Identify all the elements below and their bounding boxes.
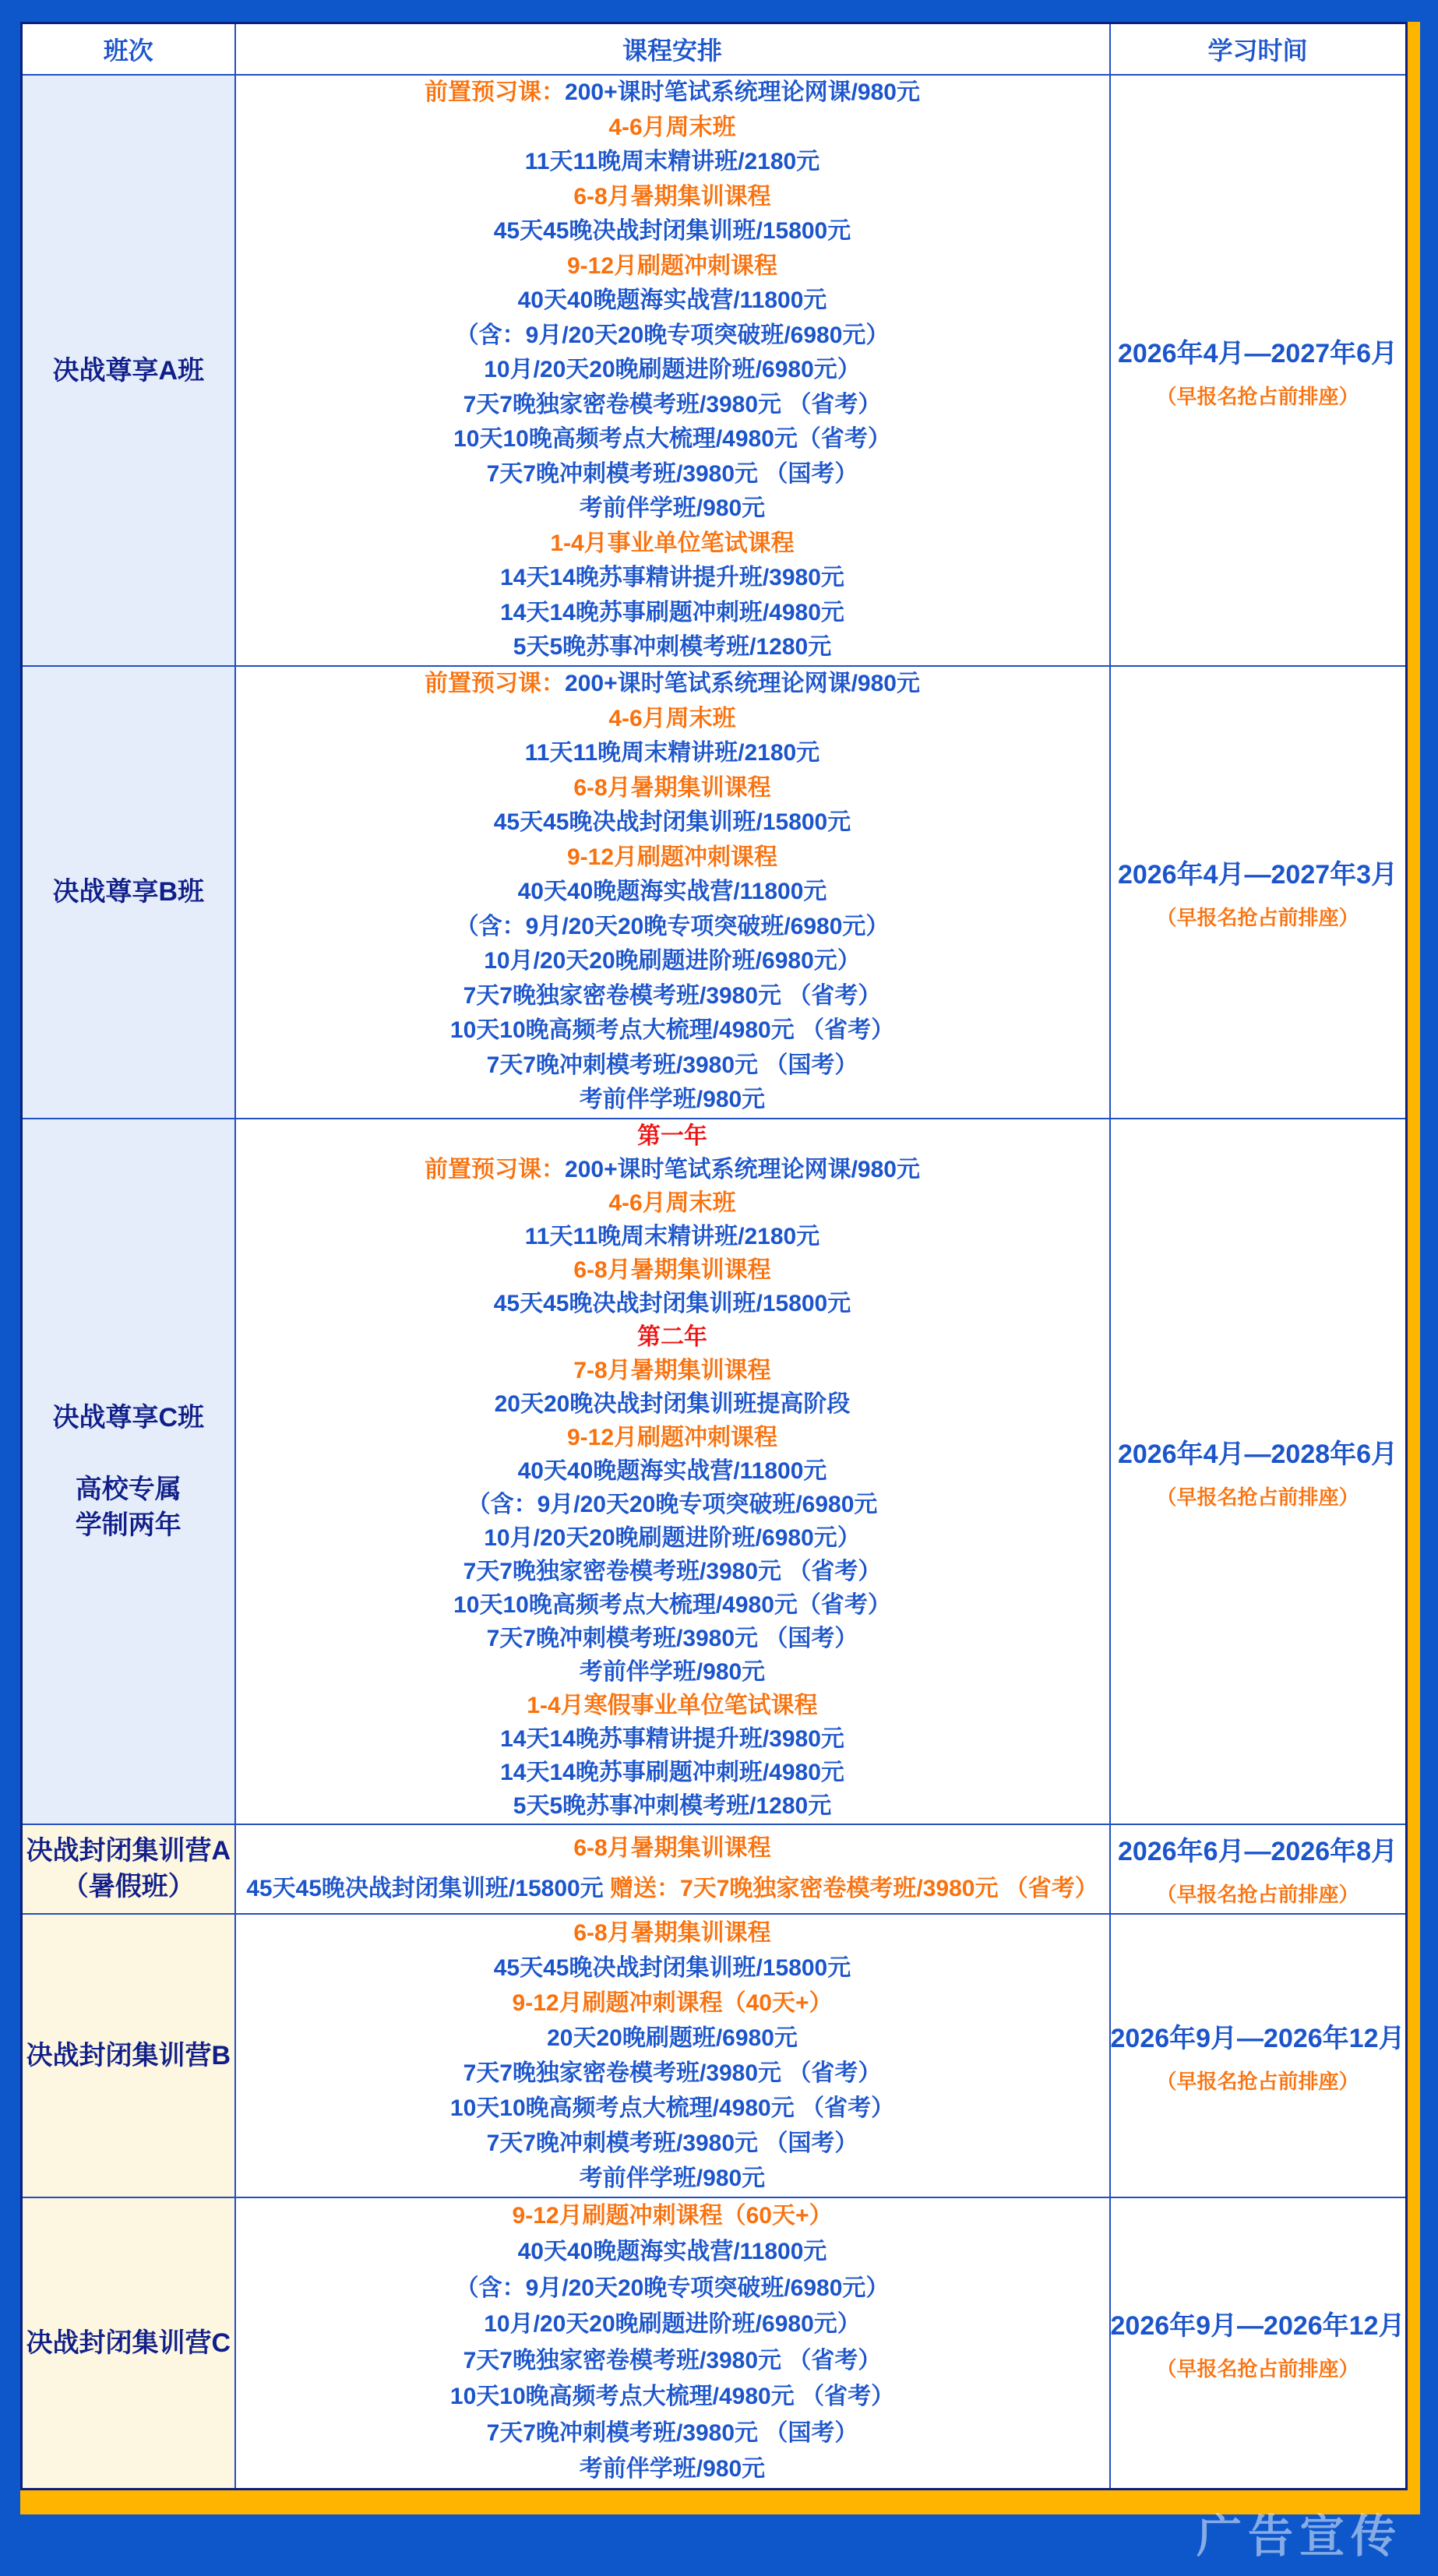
course-line: 1-4月寒假事业单位笔试课程 [236,1689,1109,1722]
course-line: 7天7晚独家密卷模考班/3980元 （省考） [236,2343,1109,2380]
course-line: 11天11晚周末精讲班/2180元 [236,145,1109,180]
course-line: 前置预习课：200+课时笔试系统理论网课/980元 [236,1153,1109,1186]
header-courses: 课程安排 [235,23,1110,76]
time-cell: 2026年9月—2026年12月（早报名抢占前排座） [1110,2197,1407,2490]
course-line: 4-6月周末班 [236,1186,1109,1220]
course-line: 6-8月暑期集训课程 [236,1915,1109,1951]
course-line: 10天10晚高频考点大梳理/4980元（省考） [236,422,1109,457]
class-cell: 决战尊享B班 [22,666,235,1119]
class-label: 决战封闭集训营C [23,2325,234,2361]
course-schedule-table: 班次 课程安排 学习时间 决战尊享A班前置预习课：200+课时笔试系统理论网课/… [20,22,1408,2490]
table-row: 决战封闭集训营B6-8月暑期集训课程45天45晚决战封闭集训班/15800元9-… [22,1914,1407,2197]
course-line: 10天10晚高频考点大梳理/4980元（省考） [236,1588,1109,1622]
course-line: 6-8月暑期集训课程 [236,771,1109,806]
study-time: 2026年4月—2027年3月 [1118,853,1397,891]
table-row: 决战尊享B班前置预习课：200+课时笔试系统理论网课/980元4-6月周末班11… [22,666,1407,1119]
course-line: 45天45晚决战封闭集训班/15800元 [236,1287,1109,1320]
course-line: 考前伴学班/980元 [236,1655,1109,1689]
course-line: 7天7晚冲刺模考班/3980元 （国考） [236,457,1109,492]
class-label: 决战封闭集训营A [23,1833,234,1869]
study-time: 2026年4月—2027年6月 [1118,332,1397,370]
course-line: 4-6月周末班 [236,111,1109,146]
course-line: 9-12月刷题冲刺课程 [236,249,1109,284]
course-line: 第一年 [236,1119,1109,1153]
course-line: 40天40晚题海实战营/11800元 [236,875,1109,910]
course-line: 10天10晚高频考点大梳理/4980元 （省考） [236,2379,1109,2416]
class-label: 学制两年 [23,1507,234,1543]
course-line: 7天7晚冲刺模考班/3980元 （国考） [236,2126,1109,2161]
course-line: 考前伴学班/980元 [236,2451,1109,2488]
course-line: 10月/20天20晚刷题进阶班/6980元） [236,944,1109,979]
header-row: 班次 课程安排 学习时间 [22,23,1407,76]
course-line: 考前伴学班/980元 [236,492,1109,527]
course-line: 14天14晚苏事精讲提升班/3980元 [236,1722,1109,1756]
course-line: 10天10晚高频考点大梳理/4980元 （省考） [236,1013,1109,1048]
course-line: 9-12月刷题冲刺课程（40天+） [236,1986,1109,2021]
class-label: （暑假班） [23,1869,234,1905]
table-row: 决战尊享A班前置预习课：200+课时笔试系统理论网课/980元4-6月周末班11… [22,75,1407,666]
course-line: 7天7晚独家密卷模考班/3980元 （省考） [236,1555,1109,1588]
courses-cell: 6-8月暑期集训课程45天45晚决战封闭集训班/15800元 赠送：7天7晚独家… [235,1824,1110,1914]
table-row: 决战尊享C班高校专属学制两年第一年前置预习课：200+课时笔试系统理论网课/98… [22,1119,1407,1824]
course-line: 20天20晚决战封闭集训班提高阶段 [236,1387,1109,1421]
time-cell: 2026年4月—2028年6月（早报名抢占前排座） [1110,1119,1407,1824]
early-signup-note: （早报名抢占前排座） [1157,1879,1359,1908]
course-line: 11天11晚周末精讲班/2180元 [236,736,1109,771]
course-line: 45天45晚决战封闭集训班/15800元 [236,1951,1109,1986]
early-signup-note: （早报名抢占前排座） [1157,2353,1359,2382]
study-time: 2026年6月—2026年8月 [1118,1830,1397,1868]
course-line: 考前伴学班/980元 [236,1083,1109,1118]
course-line: 40天40晚题海实战营/11800元 [236,2234,1109,2271]
class-cell: 决战尊享A班 [22,75,235,666]
time-cell: 2026年4月—2027年3月（早报名抢占前排座） [1110,666,1407,1119]
time-cell: 2026年4月—2027年6月（早报名抢占前排座） [1110,75,1407,666]
class-label: 决战封闭集训营B [23,2038,234,2074]
class-label: 高校专属 [23,1471,234,1507]
table-accent-frame: 班次 课程安排 学习时间 决战尊享A班前置预习课：200+课时笔试系统理论网课/… [20,22,1420,2514]
class-cell: 决战封闭集训营A（暑假班） [22,1824,235,1914]
course-line: 6-8月暑期集训课程 [236,1253,1109,1287]
course-line: 1-4月事业单位笔试课程 [236,527,1109,562]
course-line: 6-8月暑期集训课程 [236,180,1109,215]
course-line: 5天5晚苏事冲刺模考班/1280元 [236,630,1109,665]
study-time: 2026年9月—2026年12月 [1111,2304,1405,2342]
course-line: 14天14晚苏事精讲提升班/3980元 [236,561,1109,596]
courses-cell: 9-12月刷题冲刺课程（60天+）40天40晚题海实战营/11800元（含：9月… [235,2197,1110,2490]
course-line: 7-8月暑期集训课程 [236,1354,1109,1387]
time-cell: 2026年6月—2026年8月（早报名抢占前排座） [1110,1824,1407,1914]
course-line: 6-8月暑期集训课程 [236,1828,1109,1869]
class-cell: 决战封闭集训营C [22,2197,235,2490]
course-line: 5天5晚苏事冲刺模考班/1280元 [236,1789,1109,1823]
course-line: 10月/20天20晚刷题进阶班/6980元） [236,1521,1109,1555]
class-label [23,1436,234,1471]
course-line: 10月/20天20晚刷题进阶班/6980元） [236,353,1109,388]
courses-cell: 第一年前置预习课：200+课时笔试系统理论网课/980元4-6月周末班11天11… [235,1119,1110,1824]
courses-cell: 6-8月暑期集训课程45天45晚决战封闭集训班/15800元9-12月刷题冲刺课… [235,1914,1110,2197]
course-line: （含：9月/20天20晚专项突破班/6980元） [236,319,1109,354]
time-cell: 2026年9月—2026年12月（早报名抢占前排座） [1110,1914,1407,2197]
course-line: 7天7晚冲刺模考班/3980元 （国考） [236,1048,1109,1084]
course-line: （含：9月/20天20晚专项突破班/6980元） [236,910,1109,945]
study-time: 2026年9月—2026年12月 [1111,2017,1405,2055]
course-line: 第二年 [236,1320,1109,1354]
course-line: 4-6月周末班 [236,702,1109,737]
early-signup-note: （早报名抢占前排座） [1157,2066,1359,2095]
class-cell: 决战尊享C班高校专属学制两年 [22,1119,235,1824]
course-line: 9-12月刷题冲刺课程（60天+） [236,2198,1109,2235]
course-line: 14天14晚苏事刷题冲刺班/4980元 [236,1756,1109,1789]
course-line: 45天45晚决战封闭集训班/15800元 赠送：7天7晚独家密卷模考班/3980… [236,1869,1109,1909]
early-signup-note: （早报名抢占前排座） [1157,902,1359,931]
early-signup-note: （早报名抢占前排座） [1157,381,1359,410]
course-line: 7天7晚独家密卷模考班/3980元 （省考） [236,979,1109,1014]
class-cell: 决战封闭集训营B [22,1914,235,2197]
page: { "page": { "ad_label": "广告宣传" }, "color… [0,0,1438,2576]
course-line: 40天40晚题海实战营/11800元 [236,284,1109,319]
course-line: 7天7晚冲刺模考班/3980元 （国考） [236,1622,1109,1655]
course-line: 45天45晚决战封闭集训班/15800元 [236,805,1109,840]
courses-cell: 前置预习课：200+课时笔试系统理论网课/980元4-6月周末班11天11晚周末… [235,75,1110,666]
class-label: 决战尊享C班 [23,1400,234,1436]
table-row: 决战封闭集训营A（暑假班）6-8月暑期集训课程45天45晚决战封闭集训班/158… [22,1824,1407,1914]
course-line: （含：9月/20天20晚专项突破班/6980元 [236,1488,1109,1521]
header-class: 班次 [22,23,235,76]
courses-cell: 前置预习课：200+课时笔试系统理论网课/980元4-6月周末班11天11晚周末… [235,666,1110,1119]
course-line: 11天11晚周末精讲班/2180元 [236,1220,1109,1253]
table-row: 决战封闭集训营C9-12月刷题冲刺课程（60天+）40天40晚题海实战营/118… [22,2197,1407,2490]
course-line: 7天7晚冲刺模考班/3980元 （国考） [236,2416,1109,2452]
course-line: 前置预习课：200+课时笔试系统理论网课/980元 [236,667,1109,702]
ad-watermark: 广告宣传 [1197,2500,1402,2565]
early-signup-note: （早报名抢占前排座） [1157,1482,1359,1510]
course-line: （含：9月/20天20晚专项突破班/6980元） [236,2271,1109,2307]
course-line: 10月/20天20晚刷题进阶班/6980元） [236,2306,1109,2343]
course-line: 10天10晚高频考点大梳理/4980元 （省考） [236,2091,1109,2126]
course-line: 40天40晚题海实战营/11800元 [236,1454,1109,1488]
header-time: 学习时间 [1110,23,1407,76]
study-time: 2026年4月—2028年6月 [1118,1432,1397,1471]
course-line: 前置预习课：200+课时笔试系统理论网课/980元 [236,76,1109,111]
course-line: 45天45晚决战封闭集训班/15800元 [236,214,1109,249]
course-line: 14天14晚苏事刷题冲刺班/4980元 [236,596,1109,631]
course-line: 9-12月刷题冲刺课程 [236,1421,1109,1454]
course-line: 20天20晚刷题班/6980元 [236,2021,1109,2056]
course-line: 9-12月刷题冲刺课程 [236,840,1109,876]
course-line: 7天7晚独家密卷模考班/3980元 （省考） [236,2056,1109,2091]
course-line: 考前伴学班/980元 [236,2161,1109,2196]
class-label: 决战尊享B班 [23,874,234,910]
course-line: 7天7晚独家密卷模考班/3980元 （省考） [236,388,1109,423]
class-label: 决战尊享A班 [23,353,234,389]
